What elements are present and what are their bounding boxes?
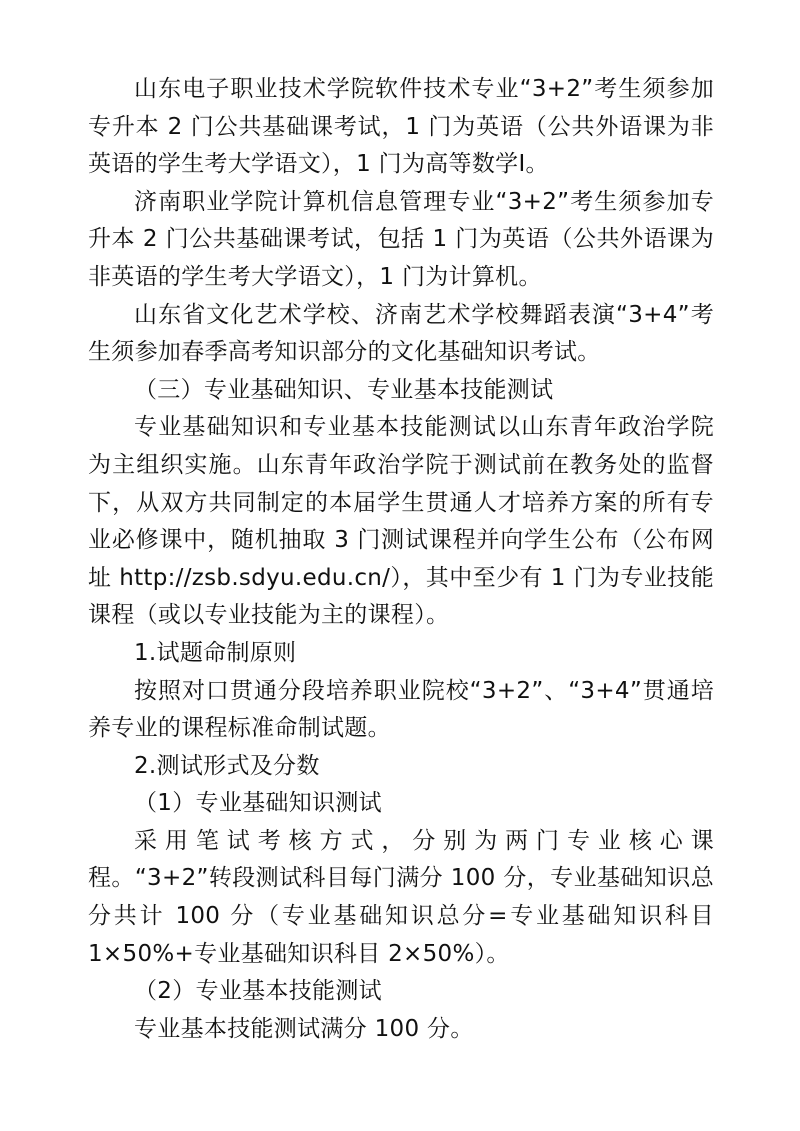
paragraph-art-schools-3plus4: 山东省文化艺术学校、济南艺术学校舞蹈表演“3+4”考生须参加春季高考知识部分的文… xyxy=(88,297,714,372)
document-page: 山东电子职业技术学院软件技术专业“3+2”考生须参加专升本 2 门公共基础课考试… xyxy=(0,0,800,1131)
paragraph-sdet-software-3plus2: 山东电子职业技术学院软件技术专业“3+2”考生须参加专升本 2 门公共基础课考试… xyxy=(88,71,714,184)
heading-section-three: （三）专业基础知识、专业基本技能测试 xyxy=(88,372,714,410)
heading-sub-1-basic-knowledge-test: （1）专业基础知识测试 xyxy=(88,785,714,823)
paragraph-basic-knowledge-scoring: 采用笔试考核方式，分别为两门专业核心课程。“3+2”转段测试科目每门满分 100… xyxy=(88,823,714,973)
paragraph-question-principles-detail: 按照对口贯通分段培养职业院校“3+2”、“3+4”贯通培养专业的课程标准命制试题… xyxy=(88,673,714,748)
heading-item-2-test-form-scores: 2.测试形式及分数 xyxy=(88,748,714,786)
paragraph-jinan-vocational-3plus2: 济南职业学院计算机信息管理专业“3+2”考生须参加专升本 2 门公共基础课考试，… xyxy=(88,184,714,297)
document-body: 山东电子职业技术学院软件技术专业“3+2”考生须参加专升本 2 门公共基础课考试… xyxy=(0,0,800,1048)
heading-sub-2-basic-skills-test: （2）专业基本技能测试 xyxy=(88,973,714,1011)
paragraph-basic-skills-score: 专业基本技能测试满分 100 分。 xyxy=(88,1011,714,1049)
paragraph-test-organization: 专业基础知识和专业基本技能测试以山东青年政治学院为主组织实施。山东青年政治学院于… xyxy=(88,409,714,635)
heading-item-1-question-principles: 1.试题命制原则 xyxy=(88,635,714,673)
